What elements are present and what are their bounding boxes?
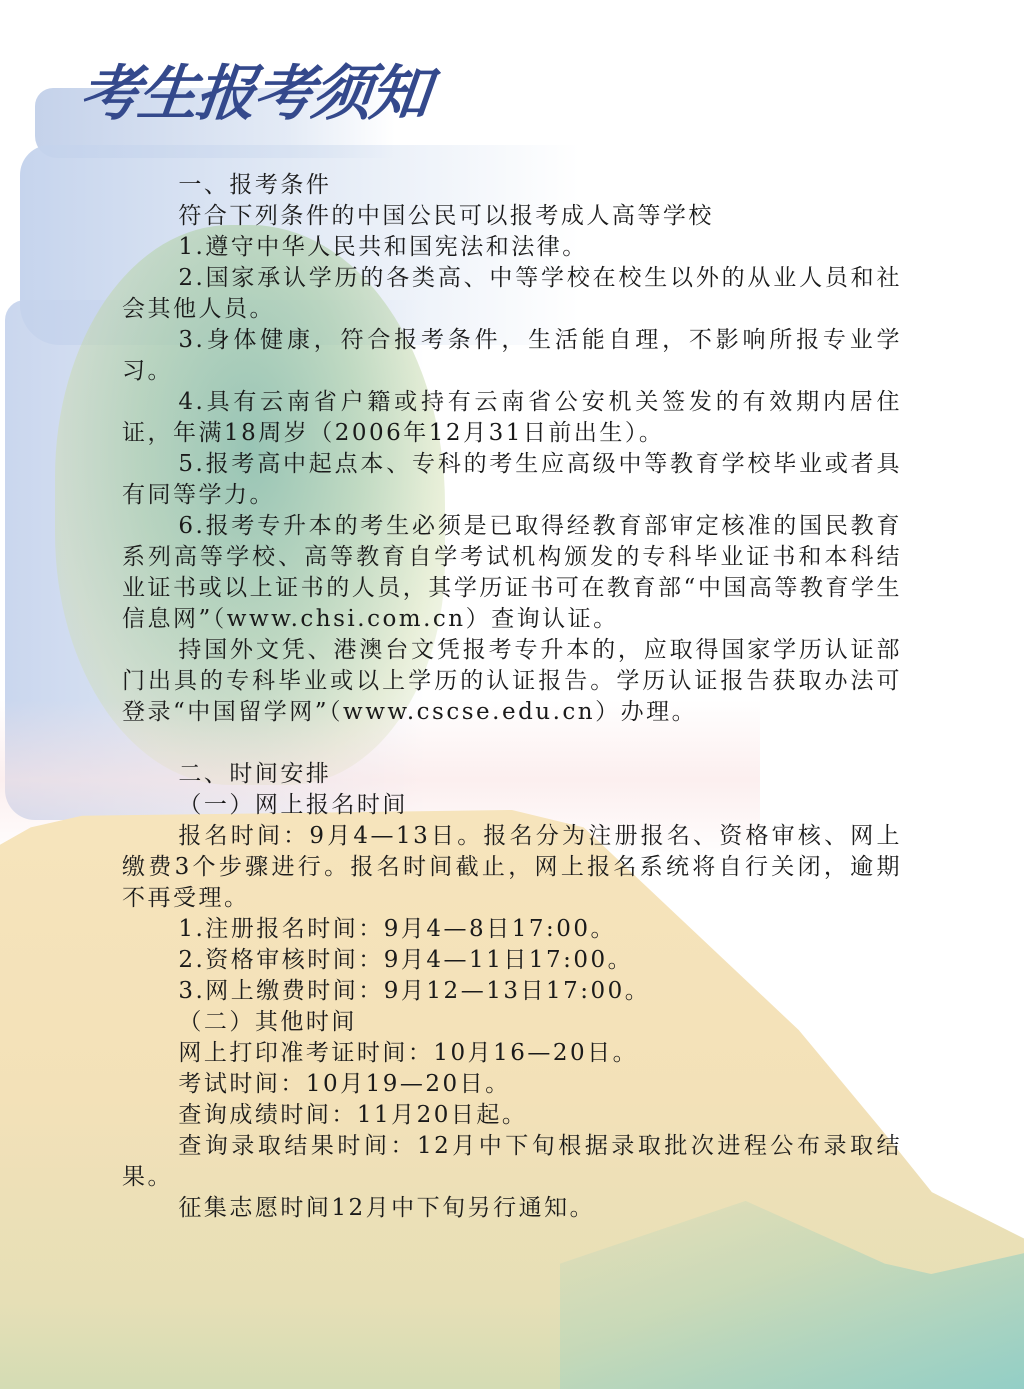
other-time-score-query: 查询成绩时间：11月20日起。 — [122, 1100, 902, 1131]
requirement-item-6: 6.报考专升本的考生必须是已取得经教育部审定核准的国民教育系列高等学校、高等教育… — [122, 511, 902, 635]
requirement-item-3: 3.身体健康，符合报考条件，生活能自理，不影响所报专业学习。 — [122, 325, 902, 387]
requirements-intro: 符合下列条件的中国公民可以报考成人高等学校 — [122, 201, 902, 232]
section-heading-requirements: 一、报考条件 — [122, 170, 902, 201]
requirement-item-5: 5.报考高中起点本、专科的考生应高级中等教育学校毕业或者具有同等学力。 — [122, 449, 902, 511]
registration-step-2: 2.资格审核时间：9月4—11日17:00。 — [122, 945, 902, 976]
other-time-exam: 考试时间：10月19—20日。 — [122, 1069, 902, 1100]
registration-description: 报名时间：9月4—13日。报名分为注册报名、资格审核、网上缴费3个步骤进行。报名… — [122, 821, 902, 914]
section-heading-schedule: 二、时间安排 — [122, 759, 902, 790]
page-title: 考生报考须知 — [76, 58, 432, 130]
requirement-item-4: 4.具有云南省户籍或持有云南省公安机关签发的有效期内居住证，年满18周岁（200… — [122, 387, 902, 449]
other-time-admission-result: 查询录取结果时间：12月中下旬根据录取批次进程公布录取结果。 — [122, 1131, 902, 1193]
section-spacer — [122, 728, 902, 759]
requirement-item-2: 2.国家承认学历的各类高、中等学校在校生以外的从业人员和社会其他人员。 — [122, 263, 902, 325]
foreign-credential-note: 持国外文凭、港澳台文凭报考专升本的，应取得国家学历认证部门出具的专科毕业或以上学… — [122, 635, 902, 728]
other-time-supplementary: 征集志愿时间12月中下旬另行通知。 — [122, 1193, 902, 1224]
registration-step-3: 3.网上缴费时间：9月12—13日17:00。 — [122, 976, 902, 1007]
registration-step-1: 1.注册报名时间：9月4—8日17:00。 — [122, 914, 902, 945]
requirement-item-1: 1.遵守中华人民共和国宪法和法律。 — [122, 232, 902, 263]
subsection-heading-online-registration: （一）网上报名时间 — [122, 790, 902, 821]
other-time-admission-ticket: 网上打印准考证时间：10月16—20日。 — [122, 1038, 902, 1069]
subsection-heading-other-times: （二）其他时间 — [122, 1007, 902, 1038]
document-body: 一、报考条件 符合下列条件的中国公民可以报考成人高等学校 1.遵守中华人民共和国… — [122, 170, 902, 1224]
